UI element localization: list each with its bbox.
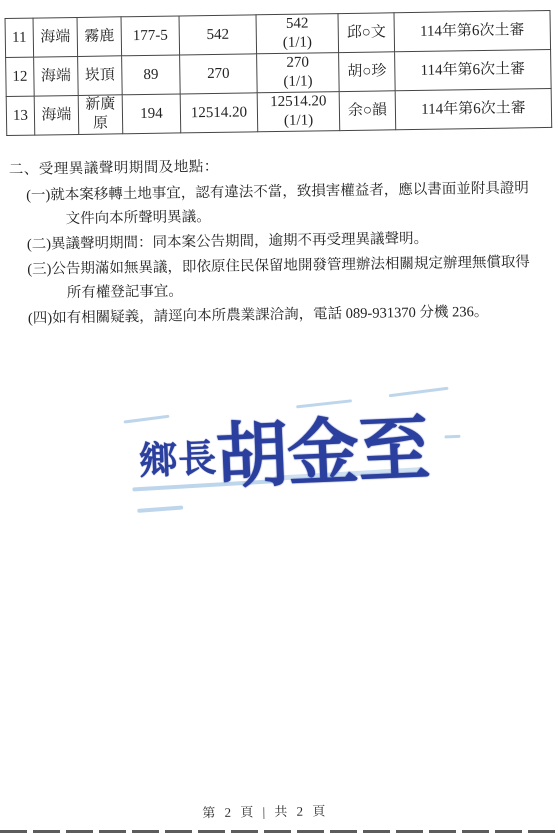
item-prefix: (三) xyxy=(27,257,52,305)
cell-township: 海端 xyxy=(33,17,78,57)
cell-applicant-name: 邱○文 xyxy=(338,13,395,53)
cell-transfer-area: 542 (1/1) xyxy=(256,14,339,54)
cell-row-number: 12 xyxy=(6,57,35,96)
cell-township: 海端 xyxy=(34,95,79,135)
cell-review-session: 114年第6次土審 xyxy=(395,49,552,90)
table-row: 13 海端 新廣原 194 12514.20 12514.20 (1/1) 余○… xyxy=(6,88,552,135)
scan-edge-artifact xyxy=(0,830,558,833)
notice-item-3: (三) 公告期滿如無異議，即依原住民保留地開發管理辦法相關規定辦理無償取得 所有… xyxy=(27,250,556,306)
cell-land-section: 新廣原 xyxy=(78,95,123,135)
cell-row-number: 11 xyxy=(5,18,34,57)
cell-land-section: 霧鹿 xyxy=(77,17,122,57)
item-text: 公告期滿如無異議，即依原住民保留地開發管理辦法相關規定辦理無償取得 所有權登記事… xyxy=(51,250,530,305)
ink-smudge xyxy=(137,505,183,512)
cell-parcel-number: 194 xyxy=(122,94,181,134)
cell-parcel-number: 89 xyxy=(122,55,181,95)
cell-area: 542 xyxy=(179,15,257,55)
ink-smudge xyxy=(444,435,460,439)
cell-review-session: 114年第6次土審 xyxy=(394,10,551,51)
item-prefix: (二) xyxy=(27,232,52,256)
cell-transfer-area: 12514.20 (1/1) xyxy=(257,92,340,132)
ink-smudge xyxy=(124,415,170,424)
cell-transfer-area: 270 (1/1) xyxy=(257,53,340,93)
cell-row-number: 13 xyxy=(6,96,35,135)
page-footer: 第 2 頁 | 共 2 頁 xyxy=(0,797,544,824)
stamp-name: 胡金至 xyxy=(214,390,431,503)
cell-township: 海端 xyxy=(34,56,79,96)
cell-applicant-name: 余○韻 xyxy=(339,91,396,131)
cell-parcel-number: 177-5 xyxy=(121,16,180,56)
stamp-title: 鄉長 xyxy=(138,427,218,485)
mayor-signature-stamp: 鄉長 胡金至 xyxy=(121,389,455,514)
land-transfer-table: 11 海端 霧鹿 177-5 542 542 (1/1) 邱○文 114年第6次… xyxy=(5,10,553,136)
item-prefix: (一) xyxy=(26,183,51,231)
item-text: 如有相關疑義，請逕向本所農業課洽詢，電話 089-931370 分機 236。 xyxy=(52,300,489,330)
notice-item-1: (一) 就本案移轉土地事宜，認有違法不當，致損害權益者，應以書面並附具證明 文件… xyxy=(26,176,555,232)
item-prefix: (四) xyxy=(28,306,53,330)
cell-review-session: 114年第6次土審 xyxy=(395,88,552,129)
item-text: 就本案移轉土地事宜，認有違法不當，致損害權益者，應以書面並附具證明 文件向本所聲… xyxy=(50,176,529,231)
cell-applicant-name: 胡○珍 xyxy=(339,52,396,92)
objection-notice-section: 二、受理異議聲明期間及地點： (一) 就本案移轉土地事宜，認有違法不當，致損害權… xyxy=(9,149,557,331)
scanned-document-page: 11 海端 霧鹿 177-5 542 542 (1/1) 邱○文 114年第6次… xyxy=(0,0,558,834)
cell-area: 12514.20 xyxy=(180,93,258,133)
cell-area: 270 xyxy=(180,54,258,94)
document-content: 11 海端 霧鹿 177-5 542 542 (1/1) 邱○文 114年第6次… xyxy=(0,0,558,834)
cell-land-section: 崁頂 xyxy=(78,56,123,96)
